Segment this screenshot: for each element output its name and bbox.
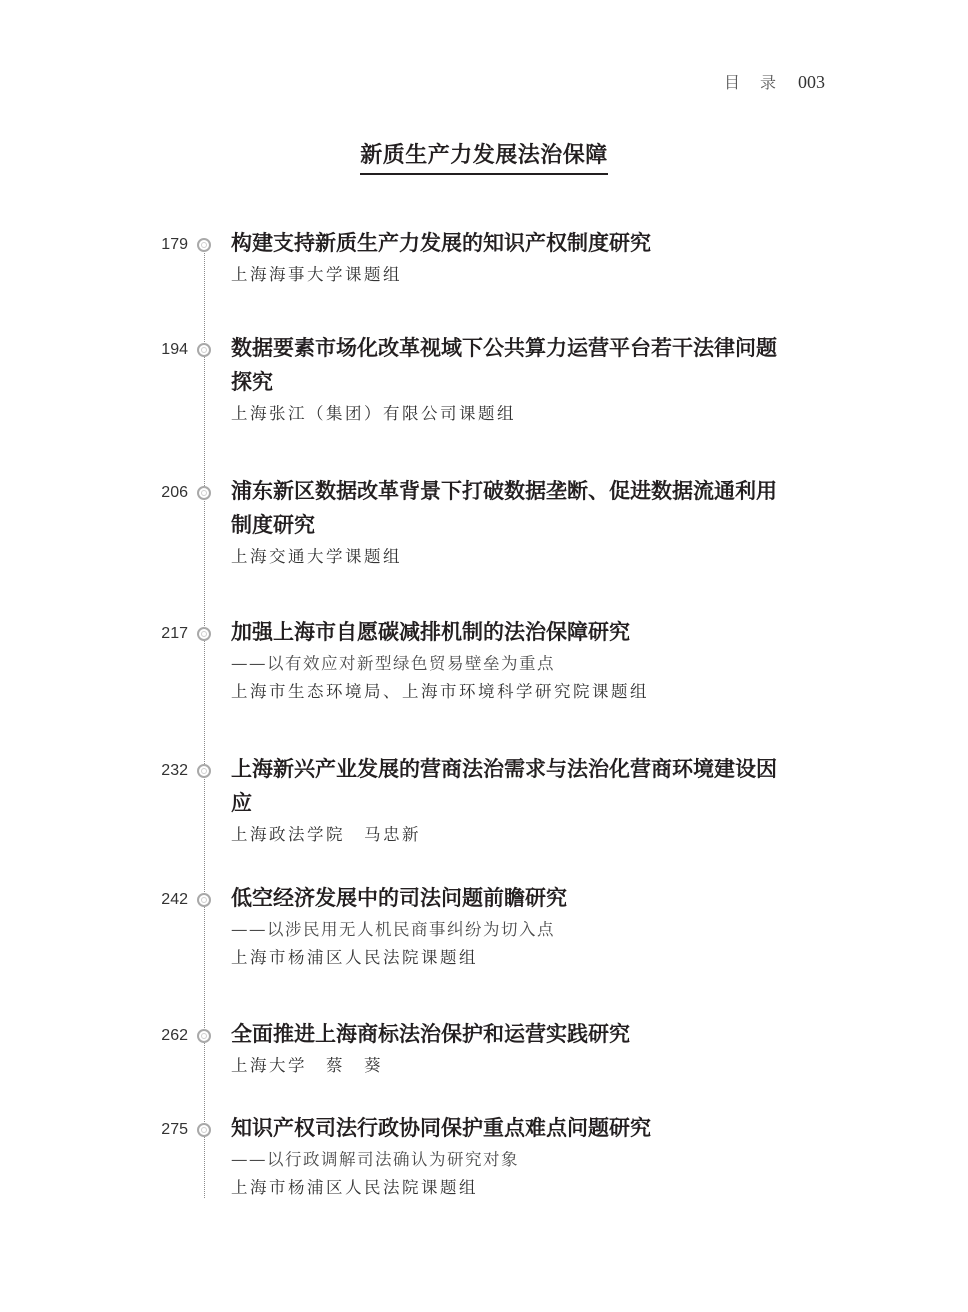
timeline-circle-icon <box>197 486 211 500</box>
entry-title[interactable]: 知识产权司法行政协同保护重点难点问题研究 <box>231 1111 791 1145</box>
entry-page-number: 242 <box>140 891 188 909</box>
running-header-page-number: 003 <box>798 72 825 93</box>
section-title: 新质生产力发展法治保障 <box>0 143 968 175</box>
entry-page-number: 194 <box>140 341 188 359</box>
entry-author: 上海市生态环境局、上海市环境科学研究院课题组 <box>231 679 791 705</box>
running-header-label: 目录 <box>724 70 796 93</box>
timeline-circle-icon <box>197 1123 211 1137</box>
entry-title[interactable]: 上海新兴产业发展的营商法治需求与法治化营商环境建设因应 <box>231 752 791 820</box>
entry-author: 上海市杨浦区人民法院课题组 <box>231 945 791 971</box>
timeline-circle-icon <box>197 343 211 357</box>
entry-title[interactable]: 低空经济发展中的司法问题前瞻研究 <box>231 881 791 915</box>
entry-page-number: 206 <box>140 484 188 502</box>
entry-page-number: 179 <box>140 236 188 254</box>
timeline-circle-icon <box>197 238 211 252</box>
timeline-dotted-line <box>204 248 205 1198</box>
section-title-text: 新质生产力发展法治保障 <box>360 143 608 175</box>
entry-title[interactable]: 加强上海市自愿碳减排机制的法治保障研究 <box>231 615 791 649</box>
timeline-circle-icon <box>197 1029 211 1043</box>
entry-page-number: 275 <box>140 1121 188 1139</box>
entry-author: 上海海事大学课题组 <box>231 262 791 288</box>
timeline-circle-icon <box>197 893 211 907</box>
entry-title[interactable]: 数据要素市场化改革视域下公共算力运营平台若干法律问题探究 <box>231 331 791 399</box>
timeline-circle-icon <box>197 764 211 778</box>
running-header: 目录 003 <box>724 70 825 93</box>
entry-author: 上海张江（集团）有限公司课题组 <box>231 401 791 427</box>
entry-subtitle: ——以涉民用无人机民商事纠纷为切入点 <box>231 917 791 943</box>
entry-subtitle: ——以有效应对新型绿色贸易壁垒为重点 <box>231 651 791 677</box>
timeline-circle-icon <box>197 627 211 641</box>
entry-subtitle: ——以行政调解司法确认为研究对象 <box>231 1147 791 1173</box>
entry-author: 上海大学 蔡 葵 <box>231 1053 791 1079</box>
entry-page-number: 262 <box>140 1027 188 1045</box>
entry-page-number: 232 <box>140 762 188 780</box>
entry-page-number: 217 <box>140 625 188 643</box>
entry-author: 上海市杨浦区人民法院课题组 <box>231 1175 791 1201</box>
entry-title[interactable]: 构建支持新质生产力发展的知识产权制度研究 <box>231 226 791 260</box>
entry-title[interactable]: 浦东新区数据改革背景下打破数据垄断、促进数据流通利用制度研究 <box>231 474 791 542</box>
entry-author: 上海政法学院 马忠新 <box>231 822 791 848</box>
entry-author: 上海交通大学课题组 <box>231 544 791 570</box>
entry-title[interactable]: 全面推进上海商标法治保护和运营实践研究 <box>231 1017 791 1051</box>
